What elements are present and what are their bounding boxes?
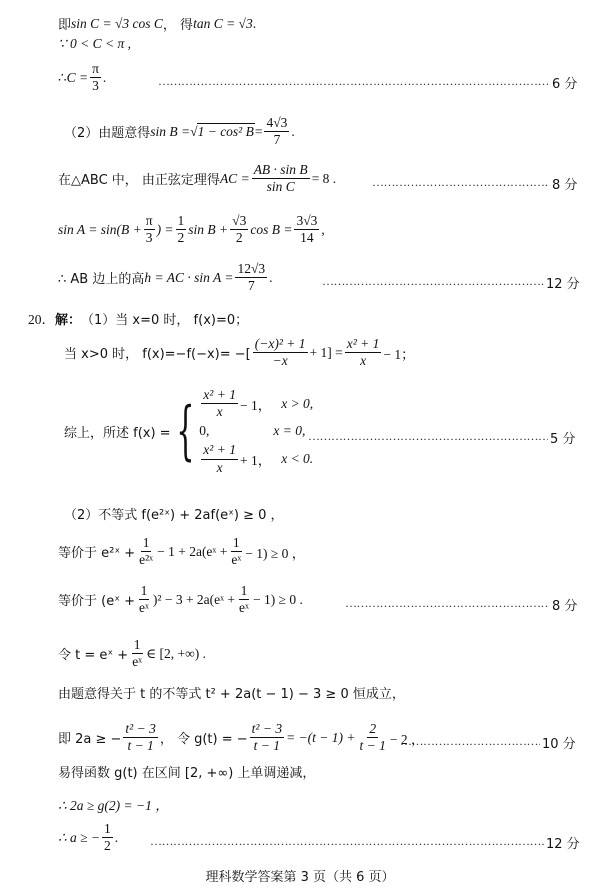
- numerator: (−x)² + 1: [253, 337, 308, 353]
- radical-expression: 1 − cos² B: [197, 123, 255, 140]
- middle-term: )² − 3 + 2a(eˣ +: [153, 592, 235, 608]
- numerator: 1: [102, 822, 113, 838]
- condition-text: ∵ 0 < C < π ,: [58, 36, 131, 52]
- tail: − 1；: [383, 343, 414, 363]
- case-zero: 0, x = 0,: [199, 423, 313, 439]
- text-connector: ， 得: [163, 14, 193, 33]
- numerator: 2: [367, 722, 378, 738]
- score-5: 5 分: [550, 428, 575, 447]
- problem-number: 20．: [28, 308, 55, 328]
- fraction-x2-plus-1-over-x: x² + 1 x: [345, 337, 382, 368]
- denominator: t − 1: [358, 738, 388, 753]
- therefore-symbol: ∴: [58, 70, 67, 86]
- numerator: x² + 1: [345, 337, 382, 353]
- tail: − 1) ≥ 0 ，: [245, 542, 305, 562]
- numerator: x² + 1: [201, 388, 238, 404]
- numerator: √3: [230, 214, 248, 230]
- text-prefix: 综上，所述 f(x) =: [64, 422, 171, 441]
- denominator: 14: [298, 230, 316, 245]
- lhs-sinA: sin A = sin(B +: [58, 222, 142, 238]
- equation-line-gt: 即 2a ≥ − t² − 3 t − 1 ， 令 g(t) = − t² − …: [58, 722, 425, 753]
- page-footer: 理科数学答案第 3 页（共 6 页）: [0, 866, 600, 885]
- fraction-neg-x: (−x)² + 1 −x: [253, 337, 308, 368]
- denominator: t − 1: [252, 738, 282, 753]
- equation-line-sinB: （2）由题意得 sin B = √1 − cos² B = 4√3 7 .: [64, 116, 295, 147]
- fraction: x² + 1 x: [201, 443, 238, 474]
- denominator: x: [215, 404, 225, 419]
- numerator: 1: [139, 584, 150, 600]
- fraction: x² + 1 x: [201, 388, 238, 419]
- fraction-1-over-ex: 1 eˣ: [137, 584, 151, 615]
- equation-line-height-h: ∴ AB 边上的高 h = AC · sin A = 12√3 7 .: [58, 262, 273, 293]
- denominator: 3: [144, 230, 155, 245]
- lhs-AC: AC =: [220, 171, 250, 187]
- equation-line-fx-positive: 当 x>0 时， f(x)=−f(−x)= −[ (−x)² + 1 −x + …: [64, 337, 415, 368]
- leader-dots: ……………………………………………………………………………………………………………: [150, 834, 544, 849]
- punctuation: .: [103, 70, 106, 86]
- final-answer-line: ∴ a ≥ − 1 2 .: [58, 822, 118, 853]
- equation-line-AC: 在△ABC 中， 由正弦定理得 AC = AB · sin B sin C = …: [58, 163, 336, 194]
- equation-sinC: sin C = √3 cos C: [71, 16, 163, 32]
- fraction-3sqrt3-over-14: 3√3 14: [294, 214, 319, 245]
- fraction-12sqrt3-over-7: 12√3 7: [235, 262, 267, 293]
- denominator: eˣ: [137, 600, 151, 615]
- inequality-text: 由题意得关于 t 的不等式 t² + 2a(t − 1) − 3 ≥ 0 恒成立…: [58, 683, 405, 702]
- denominator: x: [215, 460, 225, 475]
- text-prefix: 等价于 (eˣ +: [58, 590, 135, 609]
- punctuation: ,: [321, 222, 324, 238]
- term-cosB: cos B =: [250, 222, 292, 238]
- condition: x < 0.: [281, 451, 313, 467]
- middle-text: ， 令 g(t) = −: [160, 728, 248, 747]
- fraction-1-over-ex: 1 eˣ: [237, 584, 251, 615]
- leader-dots: ……………………………………………………………………………………………………………: [372, 175, 550, 190]
- denominator: x: [358, 353, 368, 368]
- case-positive: x² + 1 x − 1， x > 0,: [199, 388, 313, 419]
- inequality-text: （2）不等式 f(e²ˣ) + 2af(eˣ) ≥ 0 ，: [64, 504, 284, 523]
- fraction-t2-3-over-t-1: t² − 3 t − 1: [123, 722, 157, 753]
- problem20-header: 20． 解： （1）当 x=0 时， f(x)=0；: [28, 308, 248, 328]
- middle-term: + 1] =: [310, 345, 343, 361]
- text-prefix: 令 t = eˣ +: [58, 644, 128, 663]
- denominator: t − 1: [125, 738, 155, 753]
- equation-line-sinA: sin A = sin(B + π 3 ) = 1 2 sin B + √3 2…: [58, 214, 325, 245]
- middle-term: = −(t − 1) +: [286, 730, 355, 746]
- numerator: 1: [231, 536, 242, 552]
- equals: =: [255, 124, 263, 140]
- statement-text: 易得函数 g(t) 在区间 [2, +∞) 上单调递减，: [58, 762, 315, 781]
- numerator: t² − 3: [250, 722, 284, 738]
- lhs-h: h = AC · sin A =: [144, 270, 233, 286]
- left-brace-icon: {: [176, 399, 194, 463]
- substitution-line-t: 令 t = eˣ + 1 eˣ ∈ [2, +∞) .: [58, 638, 206, 669]
- score-10: 10 分: [542, 733, 576, 752]
- case-negative: x² + 1 x + 1， x < 0.: [199, 443, 313, 474]
- condition: x > 0,: [281, 396, 313, 412]
- fraction-pi-over-3: π 3: [144, 214, 155, 245]
- part-label: （2）由题意得: [64, 122, 150, 141]
- equation-tanC: tan C = √3: [193, 16, 253, 32]
- punctuation: .: [291, 124, 294, 140]
- leader-dots: ……………………………………………………………………………………………………………: [345, 596, 548, 611]
- score-12: 12 分: [546, 833, 580, 852]
- bound-line-2a: ∴ 2a ≥ g(2) = −1 ，: [58, 794, 169, 814]
- fraction-one-half: 1 2: [176, 214, 187, 245]
- denominator: eˣ: [237, 600, 251, 615]
- denominator: eˣ: [229, 552, 243, 567]
- denominator: 3: [90, 78, 101, 93]
- piecewise-cases: x² + 1 x − 1， x > 0, 0, x = 0, x² + 1 x …: [199, 388, 313, 475]
- denominator: 7: [272, 132, 283, 147]
- result-line-C: ∴ C = π 3 .: [58, 62, 106, 93]
- punctuation: .: [253, 16, 256, 32]
- equals: ) =: [157, 222, 174, 238]
- score-8: 8 分: [552, 595, 577, 614]
- score-12: 12 分: [546, 273, 580, 292]
- numerator: 3√3: [294, 214, 319, 230]
- condition-line-C-range: ∵ 0 < C < π ,: [58, 36, 131, 52]
- part2-inequality: （2）不等式 f(e²ˣ) + 2af(eˣ) ≥ 0 ，: [64, 504, 284, 523]
- text-prefix: ∴ AB 边上的高: [58, 268, 144, 287]
- text-prefix: 等价于 e²ˣ +: [58, 542, 135, 561]
- expression: 0,: [199, 423, 209, 439]
- denominator: 2: [102, 838, 113, 853]
- punctuation: .: [115, 830, 118, 846]
- result: = 8 .: [312, 171, 337, 187]
- leader-dots: ……………………………………………………………………………………………………………: [400, 734, 540, 749]
- denominator: −x: [271, 353, 290, 368]
- denominator: e²ˣ: [137, 552, 155, 567]
- numerator: AB · sin B: [252, 163, 310, 179]
- numerator: 1: [132, 638, 143, 654]
- tail: − 1，: [240, 394, 271, 414]
- denominator: 7: [246, 278, 257, 293]
- numerator: 12√3: [235, 262, 267, 278]
- fraction-2-over-t-1: 2 t − 1: [358, 722, 388, 753]
- denominator: eˣ: [130, 654, 144, 669]
- leader-dots: ……………………………………………………………………………………………………………: [308, 429, 548, 444]
- leader-dots: ……………………………………………………………………………………………………………: [158, 74, 548, 89]
- text-prefix: 即 2a ≥ −: [58, 728, 121, 747]
- fraction-pi-over-3: π 3: [90, 62, 101, 93]
- fraction-1-over-e2x: 1 e²ˣ: [137, 536, 155, 567]
- numerator: π: [144, 214, 155, 230]
- middle-term: − 1 + 2a(eˣ +: [157, 544, 227, 560]
- term-sinB: sin B +: [188, 222, 228, 238]
- equation-line-equiv1: 等价于 e²ˣ + 1 e²ˣ − 1 + 2a(eˣ + 1 eˣ − 1) …: [58, 536, 305, 567]
- solve-label: 解：: [55, 309, 81, 328]
- lhs-C: C =: [67, 70, 89, 86]
- fraction-4sqrt3-over-7: 4√3 7: [264, 116, 289, 147]
- text-prefix: 当 x>0 时， f(x)=−f(−x)= −[: [64, 343, 251, 362]
- denominator: sin C: [265, 179, 297, 194]
- equation-line-equiv2: 等价于 (eˣ + 1 eˣ )² − 3 + 2a(eˣ + 1 eˣ − 1…: [58, 584, 303, 615]
- text-prefix: ∴ a ≥ −: [58, 830, 100, 846]
- condition: x = 0,: [273, 423, 305, 439]
- fraction-t2-3-over-t-1: t² − 3 t − 1: [250, 722, 284, 753]
- fraction-sqrt3-over-2: √3 2: [230, 214, 248, 245]
- punctuation: .: [269, 270, 272, 286]
- text-prefix: 即: [58, 14, 71, 33]
- numerator: 1: [176, 214, 187, 230]
- inequality-in-t: 由题意得关于 t 的不等式 t² + 2a(t − 1) − 3 ≥ 0 恒成立…: [58, 683, 405, 702]
- part1-case-x0: （1）当 x=0 时， f(x)=0；: [81, 309, 248, 328]
- monotonic-statement: 易得函数 g(t) 在区间 [2, +∞) 上单调递减，: [58, 762, 315, 781]
- fraction-1-over-ex: 1 eˣ: [229, 536, 243, 567]
- numerator: t² − 3: [123, 722, 157, 738]
- denominator: 2: [234, 230, 245, 245]
- numerator: x² + 1: [201, 443, 238, 459]
- tail: ∈ [2, +∞) .: [146, 646, 206, 662]
- score-6: 6 分: [552, 73, 577, 92]
- fraction-one-half: 1 2: [102, 822, 113, 853]
- score-8: 8 分: [552, 174, 577, 193]
- tail: − 1) ≥ 0 .: [253, 592, 303, 608]
- numerator: π: [90, 62, 101, 78]
- lhs-sinB: sin B =: [150, 124, 190, 140]
- numerator: 1: [141, 536, 152, 552]
- fraction-1-over-ex: 1 eˣ: [130, 638, 144, 669]
- fraction-sine-law: AB · sin B sin C: [252, 163, 310, 194]
- bound-text: ∴ 2a ≥ g(2) = −1 ，: [58, 794, 169, 814]
- equation-line-sinC: 即 sin C = √3 cos C ， 得 tan C = √3 .: [58, 14, 256, 33]
- numerator: 1: [239, 584, 250, 600]
- piecewise-summary: 综上，所述 f(x) = { x² + 1 x − 1， x > 0, 0, x…: [64, 388, 313, 475]
- leader-dots: ……………………………………………………………………………………………………………: [322, 274, 544, 289]
- denominator: 2: [176, 230, 187, 245]
- tail: + 1，: [240, 449, 271, 469]
- numerator: 4√3: [264, 116, 289, 132]
- text-prefix: 在△ABC 中， 由正弦定理得: [58, 169, 220, 188]
